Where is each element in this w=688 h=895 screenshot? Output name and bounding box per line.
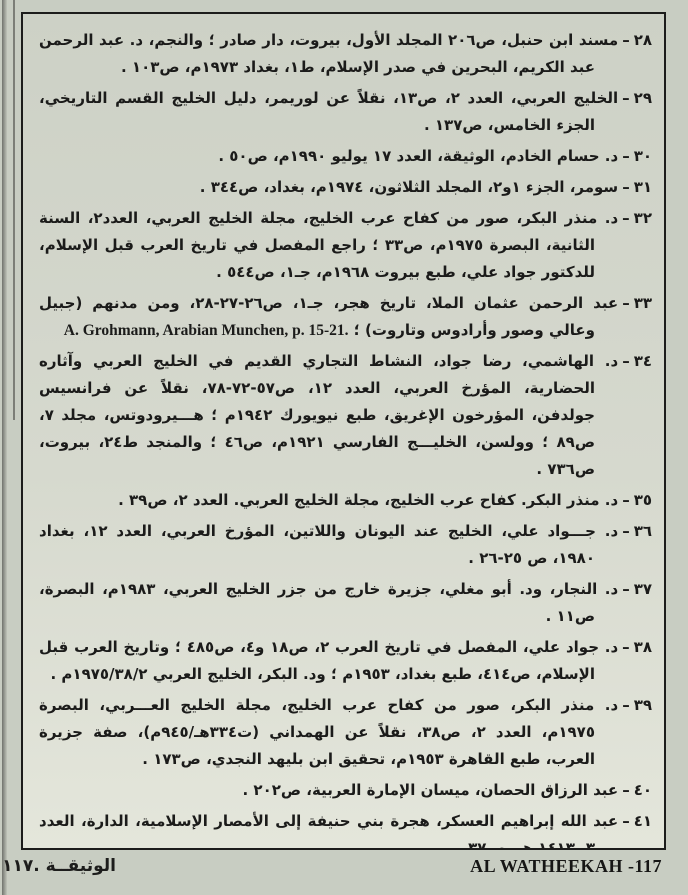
reference-entry: ٣٩–د. منذر البكر، صور من كفاح عرب الخليج… — [39, 692, 652, 773]
footer-journal-name-latin: AL WATHEEKAH -117 — [470, 856, 662, 877]
entry-number: ٣١ — [634, 178, 652, 196]
reference-entry: ٣٧–د. النجار، ود. أبو مغلي، جزيرة خارج م… — [39, 576, 652, 630]
reference-entry: ٢٩–الخليج العربي، العدد ٢، ص١٣، نقلاً عن… — [39, 85, 652, 139]
scan-edge-shadow — [2, 0, 7, 895]
entry-text: د. منذر البكر. كفاح عرب الخليج، مجلة الخ… — [118, 491, 618, 509]
reference-entry: ٤١–عبد الله إبراهيم العسكر، هجرة بني حني… — [39, 808, 652, 850]
references-list: ٢٨–مسند ابن حنبل، ص٢٠٦ المجلد الأول، بير… — [39, 27, 652, 850]
entry-text: د. النجار، ود. أبو مغلي، جزيرة خارج من ج… — [39, 580, 618, 625]
reference-entry: ٣٦–د. جـــواد علي، الخليج عند اليونان وا… — [39, 518, 652, 572]
entry-text: د. جـــواد علي، الخليج عند اليونان واللا… — [39, 522, 618, 567]
entry-dash: – — [618, 294, 634, 312]
entry-dash: – — [618, 178, 634, 196]
entry-dash: – — [618, 781, 634, 799]
entry-number: ٣٩ — [634, 696, 652, 714]
entry-text: الخليج العربي، العدد ٢، ص١٣، نقلاً عن لو… — [39, 89, 618, 134]
entry-text: سومر، الجزء ١و٢، المجلد الثلاثون، ١٩٧٤م،… — [200, 178, 618, 196]
entry-dash: – — [618, 147, 634, 165]
entry-latin-citation: A. Grohmann, Arabian Munchen, p. 15-21. — [64, 322, 349, 339]
entry-dash: – — [618, 491, 634, 509]
entry-number: ٣٦ — [634, 522, 652, 540]
page-footer: الوثيقــة .١١٧ AL WATHEEKAH -117 — [0, 856, 688, 886]
entry-dash: – — [618, 638, 634, 656]
entry-text: د. حسام الخادم، الوثيقة، العدد ١٧ يوليو … — [218, 147, 618, 165]
entry-number: ٣٧ — [634, 580, 652, 598]
reference-entry: ٤٠–عبد الرزاق الحصان، ميسان الإمارة العر… — [39, 777, 652, 804]
scan-edge-line — [13, 0, 15, 420]
page-frame: ٢٨–مسند ابن حنبل، ص٢٠٦ المجلد الأول، بير… — [21, 12, 666, 850]
entry-text: عبد الله إبراهيم العسكر، هجرة بني حنيفة … — [39, 812, 618, 850]
entry-number: ٣٥ — [634, 491, 652, 509]
entry-number: ٢٨ — [634, 31, 652, 49]
entry-dash: – — [618, 812, 634, 830]
entry-text: د. جواد علي، المفصل في تاريخ العرب ٢، ص١… — [39, 638, 618, 683]
entry-number: ٣٨ — [634, 638, 652, 656]
reference-entry: ٣٣–عبد الرحمن عثمان الملا، تاريخ هجر، جـ… — [39, 290, 652, 344]
reference-entry: ٣٨–د. جواد علي، المفصل في تاريخ العرب ٢،… — [39, 634, 652, 688]
entry-dash: – — [618, 352, 634, 370]
footer-journal-name-arabic: الوثيقــة .١١٧ — [24, 856, 116, 876]
entry-text: د. منذر البكر، صور من كفاح عرب الخليج، م… — [39, 696, 618, 768]
reference-entry: ٣٥–د. منذر البكر. كفاح عرب الخليج، مجلة … — [39, 487, 652, 514]
entry-number: ٣٣ — [634, 294, 652, 312]
reference-entry: ٣٢–د. منذر البكر، صور من كفاح عرب الخليج… — [39, 205, 652, 286]
entry-dash: – — [618, 522, 634, 540]
entry-dash: – — [618, 89, 634, 107]
reference-entry: ٣٠–د. حسام الخادم، الوثيقة، العدد ١٧ يول… — [39, 143, 652, 170]
reference-entry: ٣٤–د. الهاشمي، رضا جواد، النشاط التجاري … — [39, 348, 652, 483]
entry-text: عبد الرزاق الحصان، ميسان الإمارة العربية… — [243, 781, 619, 799]
entry-dash: – — [618, 696, 634, 714]
entry-dash: – — [618, 209, 634, 227]
entry-number: ٢٩ — [634, 89, 652, 107]
entry-number: ٣٤ — [634, 352, 652, 370]
entry-text: د. منذر البكر، صور من كفاح عرب الخليج، م… — [39, 209, 618, 281]
entry-text: مسند ابن حنبل، ص٢٠٦ المجلد الأول، بيروت،… — [39, 31, 618, 76]
reference-entry: ٣١–سومر، الجزء ١و٢، المجلد الثلاثون، ١٩٧… — [39, 174, 652, 201]
entry-text: د. الهاشمي، رضا جواد، النشاط التجاري الق… — [39, 352, 618, 478]
entry-number: ٤١ — [634, 812, 652, 830]
entry-number: ٣٠ — [634, 147, 652, 165]
reference-entry: ٢٨–مسند ابن حنبل، ص٢٠٦ المجلد الأول، بير… — [39, 27, 652, 81]
entry-dash: – — [618, 31, 634, 49]
entry-number: ٤٠ — [634, 781, 652, 799]
entry-number: ٣٢ — [634, 209, 652, 227]
entry-dash: – — [618, 580, 634, 598]
